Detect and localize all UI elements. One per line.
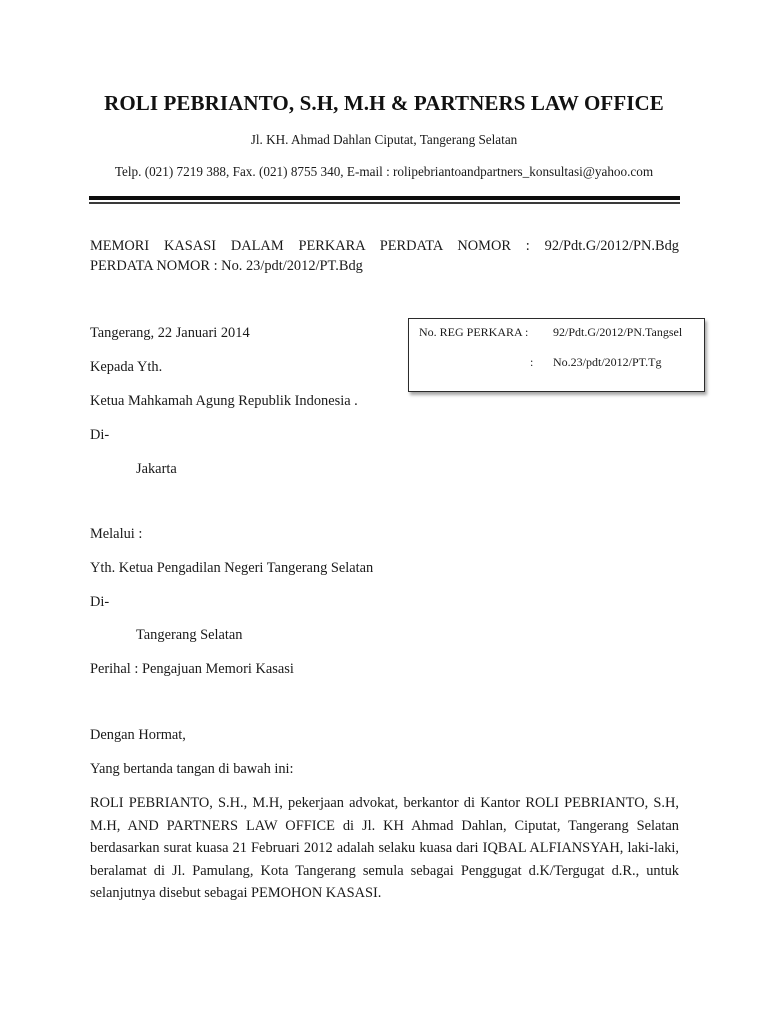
reg-colon: : bbox=[530, 355, 533, 370]
to-greeting: Kepada Yth. bbox=[90, 359, 162, 376]
recipient: Ketua Mahkamah Agung Republik Indonesia … bbox=[90, 393, 358, 410]
firm-address: Jl. KH. Ahmad Dahlan Ciputat, Tangerang … bbox=[0, 132, 768, 148]
via-recipient: Yth. Ketua Pengadilan Negeri Tangerang S… bbox=[90, 560, 373, 577]
reg-label: No. REG PERKARA : bbox=[419, 325, 528, 340]
reg-number-2: No.23/pdt/2012/PT.Tg bbox=[553, 355, 661, 370]
di-label-1: Di- bbox=[90, 427, 109, 444]
di-label-2: Di- bbox=[90, 594, 109, 611]
firm-contact: Telp. (021) 7219 388, Fax. (021) 8755 34… bbox=[0, 164, 768, 180]
letterhead-divider bbox=[89, 196, 680, 204]
reg-number-1: 92/Pdt.G/2012/PN.Tangsel bbox=[553, 325, 682, 340]
salutation: Dengan Hormat, bbox=[90, 727, 186, 744]
intro-line: Yang bertanda tangan di bawah ini: bbox=[90, 761, 294, 778]
divider-thin-line bbox=[89, 202, 680, 204]
divider-thick-line bbox=[89, 196, 680, 200]
recipient-city: Jakarta bbox=[136, 461, 177, 478]
firm-name: ROLI PEBRIANTO, S.H, M.H & PARTNERS LAW … bbox=[0, 91, 768, 116]
via-label: Melalui : bbox=[90, 526, 142, 543]
document-page: ROLI PEBRIANTO, S.H, M.H & PARTNERS LAW … bbox=[0, 0, 768, 1024]
via-city: Tangerang Selatan bbox=[136, 627, 242, 644]
document-title: MEMORI KASASI DALAM PERKARA PERDATA NOMO… bbox=[90, 236, 679, 276]
body-paragraph: ROLI PEBRIANTO, S.H., M.H, pekerjaan adv… bbox=[90, 792, 679, 905]
subject-line: Perihal : Pengajuan Memori Kasasi bbox=[90, 661, 294, 678]
title-line-1: MEMORI KASASI DALAM PERKARA PERDATA NOMO… bbox=[90, 236, 679, 256]
title-line-2: PERDATA NOMOR : No. 23/pdt/2012/PT.Bdg bbox=[90, 256, 679, 276]
place-date: Tangerang, 22 Januari 2014 bbox=[90, 325, 250, 342]
registration-box: No. REG PERKARA : 92/Pdt.G/2012/PN.Tangs… bbox=[408, 318, 705, 392]
